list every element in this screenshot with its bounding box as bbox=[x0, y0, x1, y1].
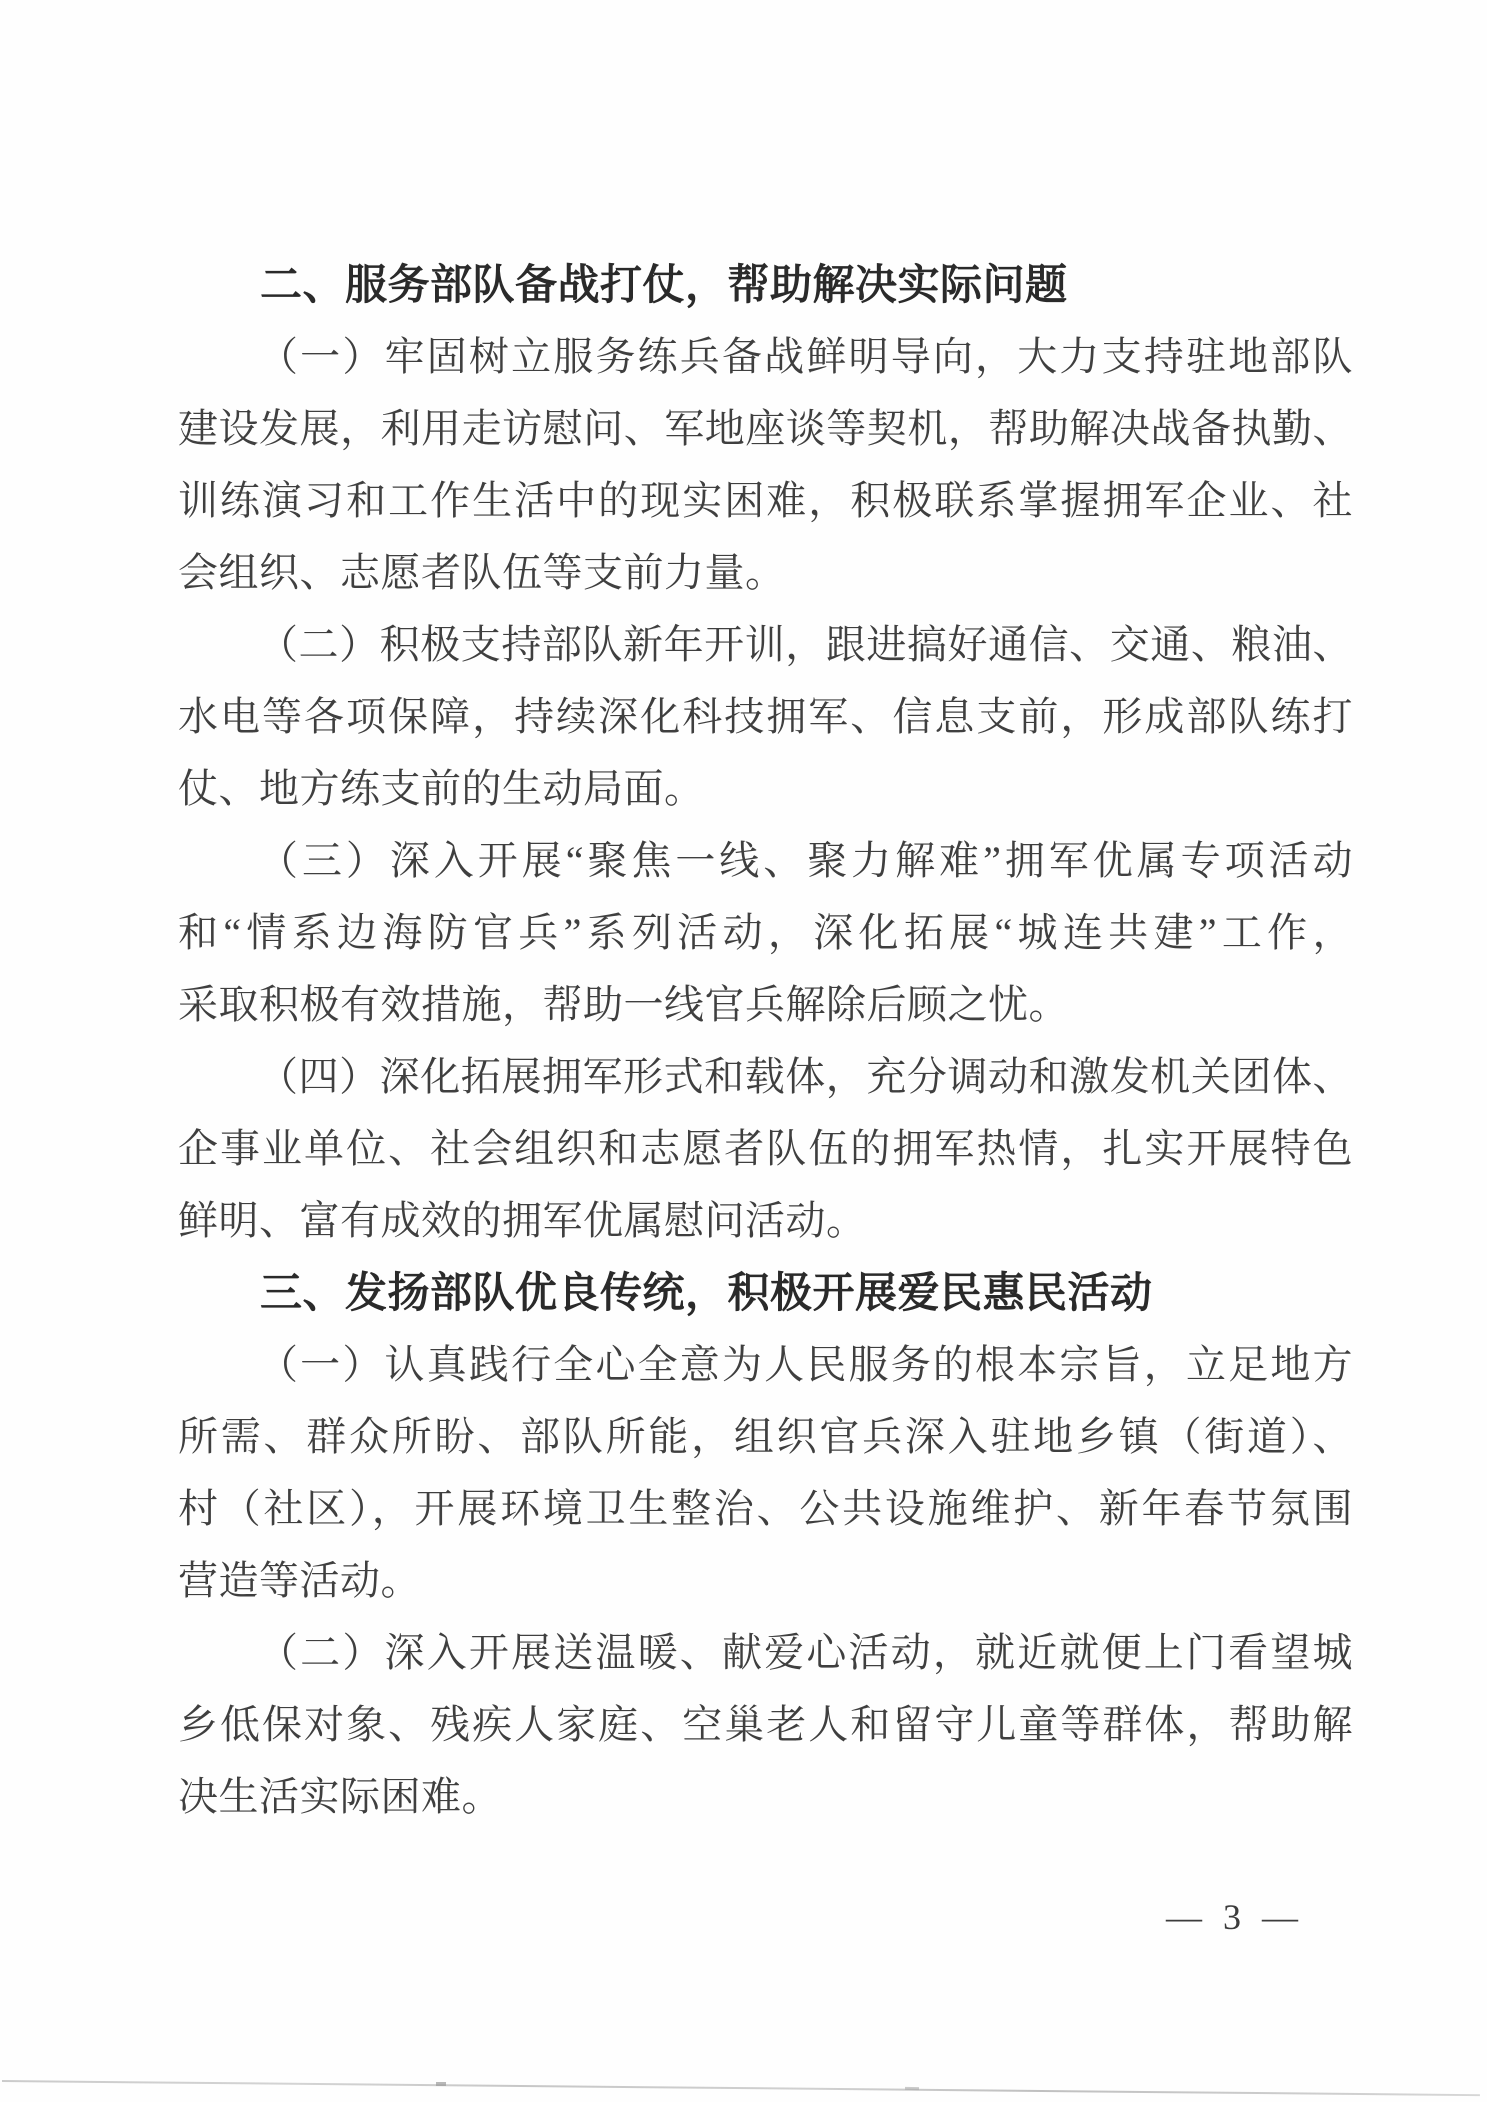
document-body: 二、服务部队备战打仗，帮助解决实际问题 （一）牢固树立服务练兵备战鲜明导向，大力… bbox=[178, 249, 1353, 1833]
paragraph-line: 训练演习和工作生活中的现实困难，积极联系掌握拥军企业、社 bbox=[178, 465, 1353, 537]
paragraph-line: 乡低保对象、残疾人家庭、空巢老人和留守儿童等群体，帮助解 bbox=[178, 1689, 1353, 1761]
paragraph-line: 村（社区），开展环境卫生整治、公共设施维护、新年春节氛围 bbox=[178, 1473, 1353, 1545]
section-heading: 二、服务部队备战打仗，帮助解决实际问题 bbox=[178, 249, 1353, 321]
paragraph-line: 企事业单位、社会组织和志愿者队伍的拥军热情，扎实开展特色 bbox=[178, 1113, 1353, 1185]
paragraph-line: 仗、地方练支前的生动局面。 bbox=[178, 753, 1353, 825]
paragraph-line: （二）深入开展送温暖、献爱心活动，就近就便上门看望城 bbox=[178, 1617, 1353, 1689]
paragraph-line: 采取积极有效措施，帮助一线官兵解除后顾之忧。 bbox=[178, 969, 1353, 1041]
paragraph-line: 建设发展，利用走访慰问、军地座谈等契机，帮助解决战备执勤、 bbox=[178, 393, 1353, 465]
paragraph-line: （一）牢固树立服务练兵备战鲜明导向，大力支持驻地部队 bbox=[178, 321, 1353, 393]
paragraph-line: 鲜明、富有成效的拥军优属慰问活动。 bbox=[178, 1185, 1353, 1257]
scan-artifact-line bbox=[2, 2080, 1480, 2096]
paragraph-line: （一）认真践行全心全意为人民服务的根本宗旨，立足地方 bbox=[178, 1329, 1353, 1401]
paragraph-line: 会组织、志愿者队伍等支前力量。 bbox=[178, 537, 1353, 609]
paragraph-line: （三）深入开展“聚焦一线、聚力解难”拥军优属专项活动 bbox=[178, 825, 1353, 897]
paragraph-line: 决生活实际困难。 bbox=[178, 1761, 1353, 1833]
paragraph-line: 水电等各项保障，持续深化科技拥军、信息支前，形成部队练打 bbox=[178, 681, 1353, 753]
scan-artifact-speck bbox=[905, 2087, 919, 2090]
paragraph-line: 和“情系边海防官兵”系列活动，深化拓展“城连共建”工作， bbox=[178, 897, 1353, 969]
section-heading: 三、发扬部队优良传统，积极开展爱民惠民活动 bbox=[178, 1257, 1353, 1329]
page-number: — 3 — bbox=[1160, 1893, 1310, 1941]
paragraph-line: （四）深化拓展拥军形式和载体，充分调动和激发机关团体、 bbox=[178, 1041, 1353, 1113]
paragraph-line: 营造等活动。 bbox=[178, 1545, 1353, 1617]
paragraph-line: （二）积极支持部队新年开训，跟进搞好通信、交通、粮油、 bbox=[178, 609, 1353, 681]
scan-artifact-speck bbox=[436, 2082, 446, 2086]
paragraph-line: 所需、群众所盼、部队所能，组织官兵深入驻地乡镇（街道）、 bbox=[178, 1401, 1353, 1473]
scanned-document-page: 二、服务部队备战打仗，帮助解决实际问题 （一）牢固树立服务练兵备战鲜明导向，大力… bbox=[0, 0, 1487, 2102]
